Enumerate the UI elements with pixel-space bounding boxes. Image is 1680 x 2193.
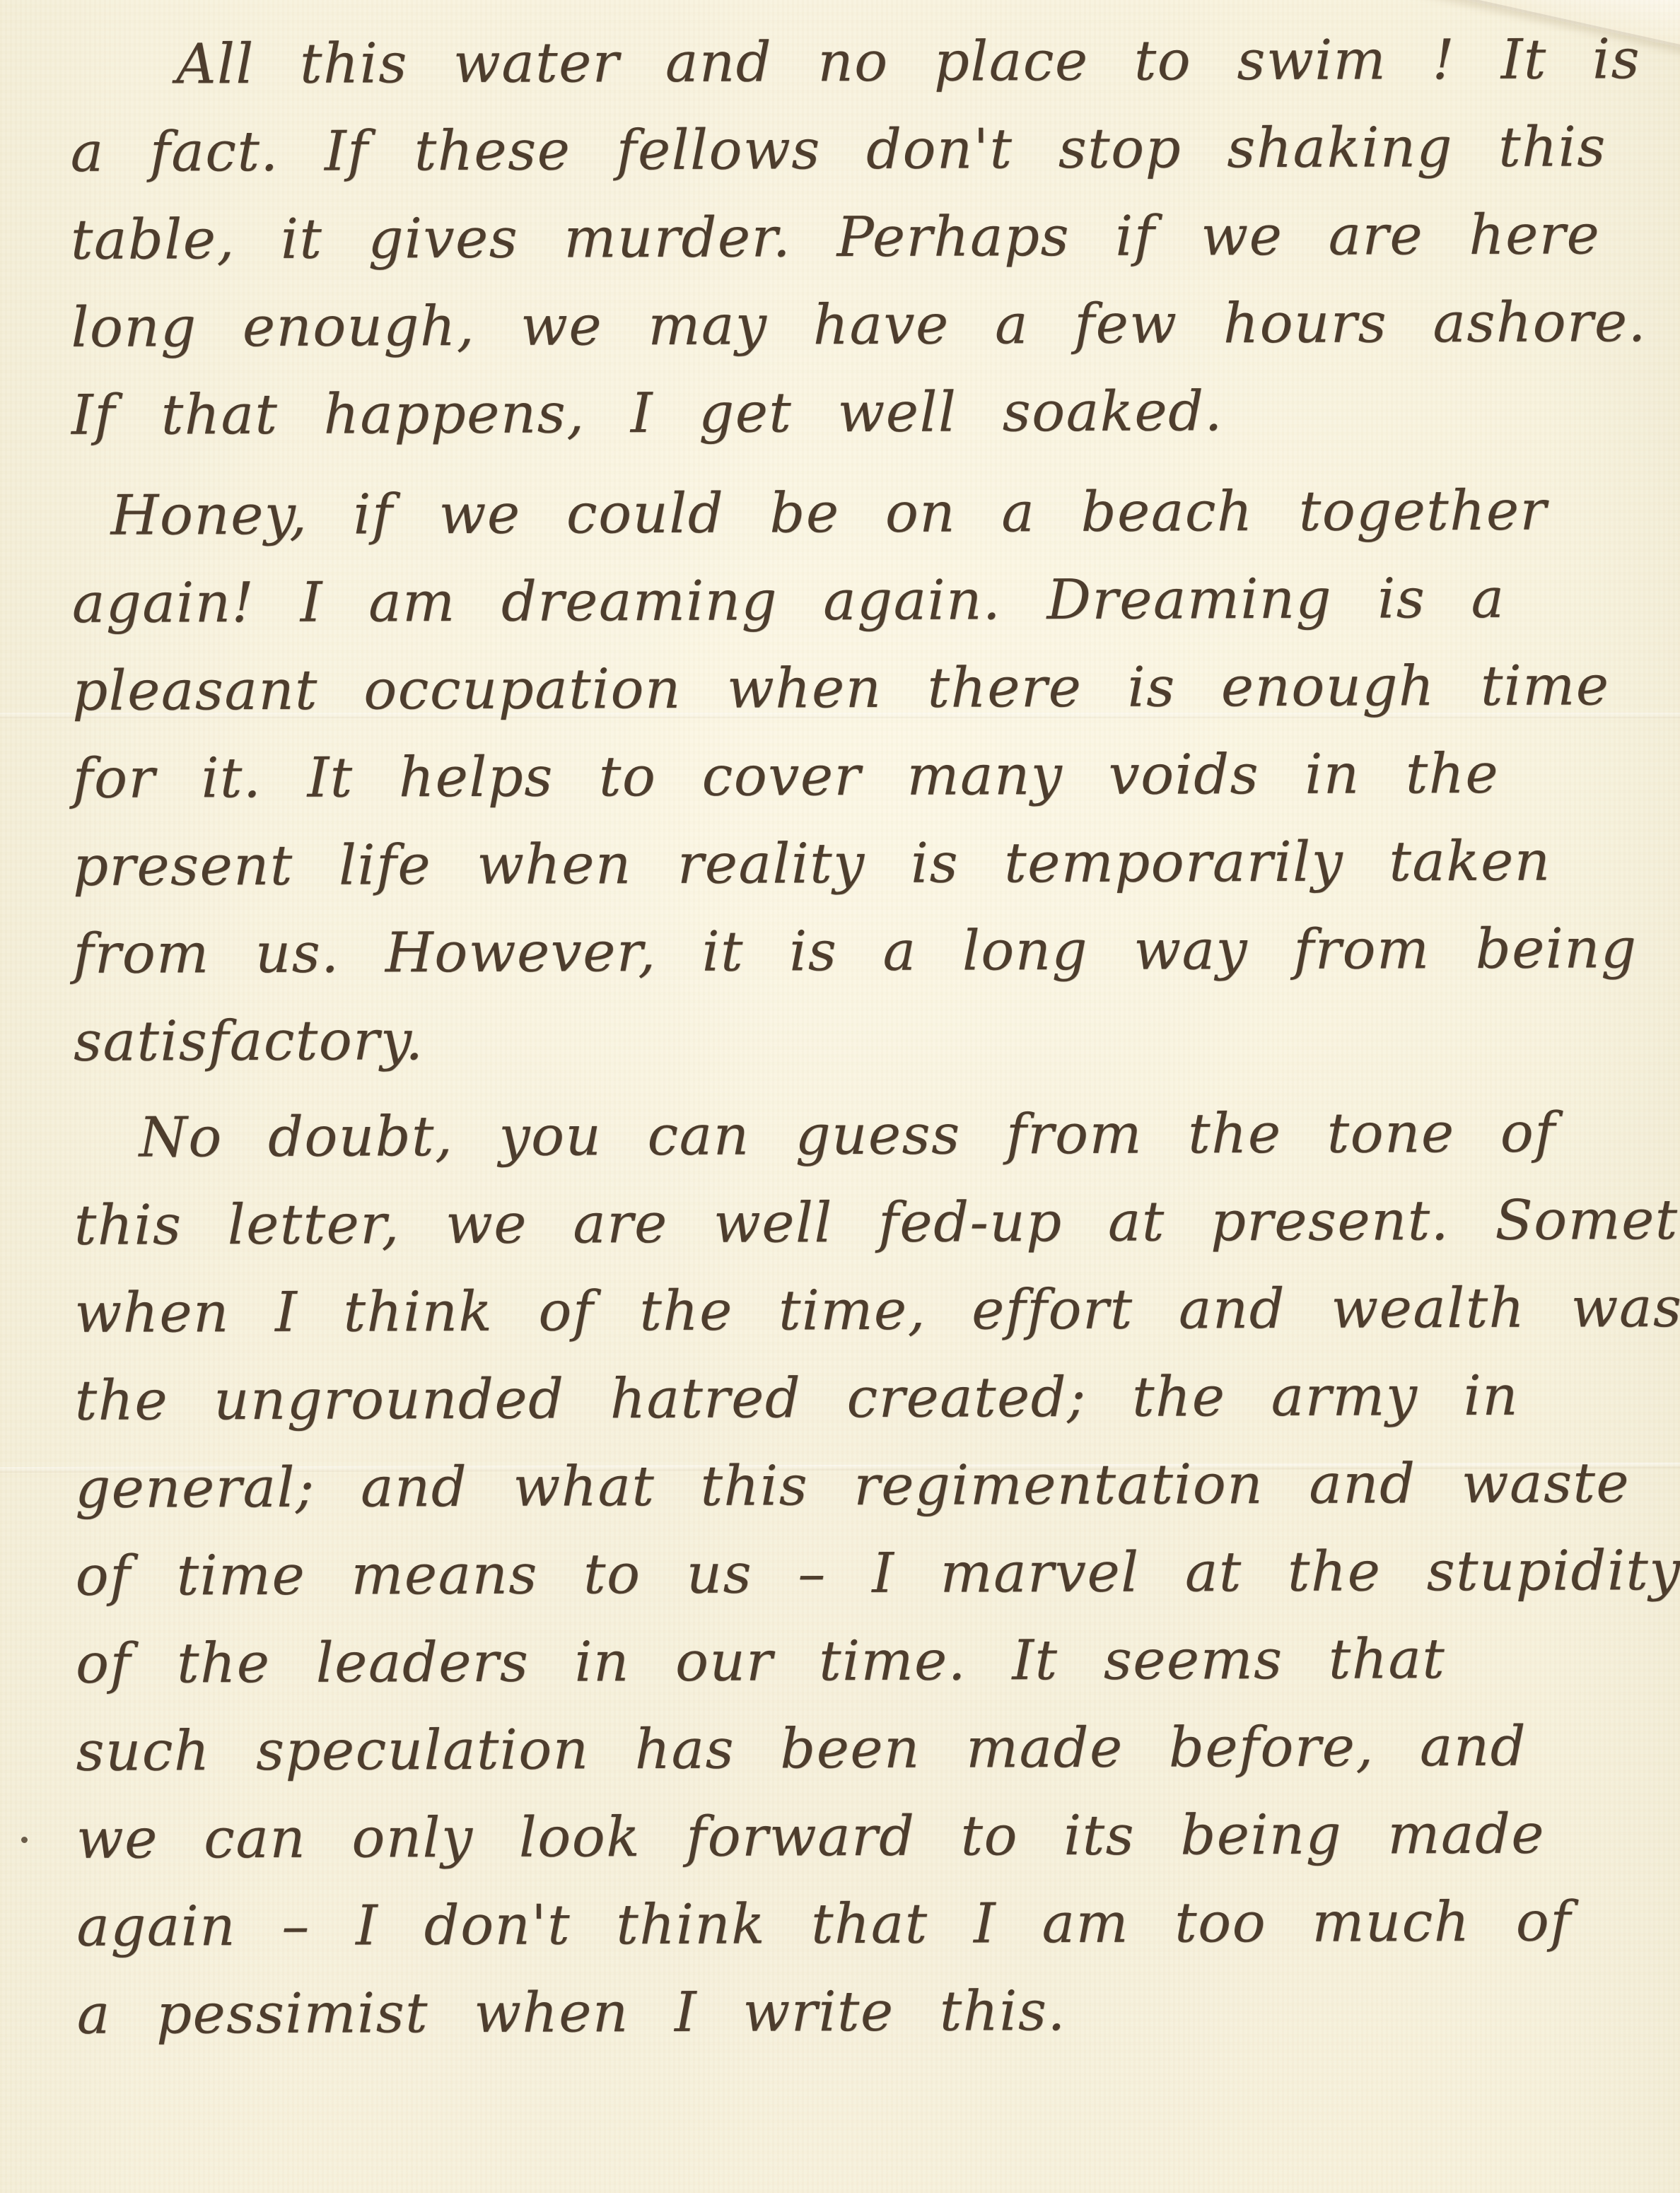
letter-line: If that happens, I get well soaked. [71, 366, 1657, 460]
letter-line: the ungrounded hatred created; the army … [75, 1352, 1660, 1445]
letter-line: No doubt, you can guess from the tone of [74, 1089, 1659, 1182]
letter-line: for it. It helps to cover many voids in … [73, 730, 1658, 823]
letter-line: such speculation has been made before, a… [76, 1702, 1661, 1796]
letter-paragraph: Honey, if we could be on a beach togethe… [71, 467, 1659, 1086]
letter-line: of the leaders in our time. It seems tha… [76, 1615, 1661, 1708]
letter-line: a pessimist when I write this. [77, 1965, 1662, 2059]
letter-line: of time means to us – I marvel at the st… [75, 1527, 1660, 1620]
letter-body: All this water and no place to swim ! It… [70, 16, 1662, 2059]
letter-line: from us. However, it is a long way from … [73, 905, 1658, 998]
stray-ink-dot [21, 1837, 28, 1843]
letter-page: All this water and no place to swim ! It… [0, 0, 1680, 2193]
letter-line: satisfactory. [74, 993, 1659, 1086]
letter-line: this letter, we are well fed-up at prese… [74, 1176, 1659, 1270]
letter-paragraph: All this water and no place to swim ! It… [70, 16, 1657, 460]
letter-line: Honey, if we could be on a beach togethe… [71, 467, 1657, 560]
letter-line: All this water and no place to swim ! It… [70, 16, 1655, 109]
letter-line: table, it gives murder. Perhaps if we ar… [71, 191, 1656, 284]
letter-line: present life when reality is temporarily… [73, 817, 1658, 911]
letter-line: a fact. If these fellows don't stop shak… [70, 103, 1655, 197]
letter-line: again! I am dreaming again. Dreaming is … [72, 554, 1657, 648]
letter-line: general; and what this regimentation and… [75, 1439, 1660, 1533]
letter-line: again – I don't think that I am too much… [76, 1878, 1662, 1971]
letter-line: long enough, we may have a few hours ash… [71, 279, 1656, 372]
letter-line: we can only look forward to its being ma… [76, 1790, 1662, 1883]
letter-line: pleasant occupation when there is enough… [72, 642, 1657, 735]
letter-paragraph: No doubt, you can guess from the tone of… [74, 1089, 1662, 2059]
letter-line: when I think of the time, effort and wea… [74, 1264, 1659, 1357]
